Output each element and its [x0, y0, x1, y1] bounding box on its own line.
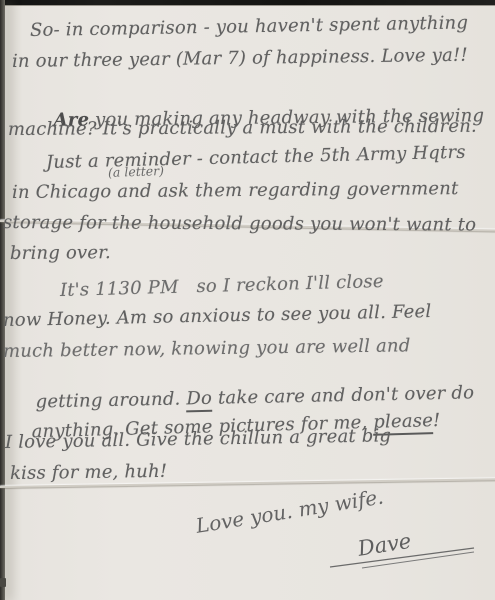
letter-line: bring over.	[10, 242, 111, 264]
letter-line: It's 1130 PM so I reckon I'll close	[60, 271, 384, 301]
letter-line: in our three year (Mar 7) of happiness. …	[12, 45, 468, 72]
scanned-letter-page: So- in comparison - you haven't spent an…	[0, 0, 495, 600]
letter-line: machine? It's practically a must with th…	[8, 116, 477, 140]
letter-line: So- in comparison - you haven't spent an…	[30, 12, 468, 41]
letter-line: now Honey. Am so anxious to see you all.…	[3, 301, 432, 331]
scan-edge-left	[0, 0, 5, 600]
signature-flourish	[328, 540, 478, 570]
scan-artifact	[0, 578, 6, 587]
inserted-annotation: (a letter)	[108, 163, 164, 180]
letter-line: much better now, knowing you are well an…	[3, 335, 411, 362]
letter-line: storage for the household goods you won'…	[3, 212, 476, 235]
letter-closing: Love you. my wife.	[194, 485, 385, 538]
letter-line-text: !	[433, 410, 441, 431]
letter-line: kiss for me, huh!	[10, 461, 168, 484]
scan-edge-top	[0, 0, 495, 6]
letter-line: in Chicago and ask them regarding govern…	[12, 178, 459, 203]
